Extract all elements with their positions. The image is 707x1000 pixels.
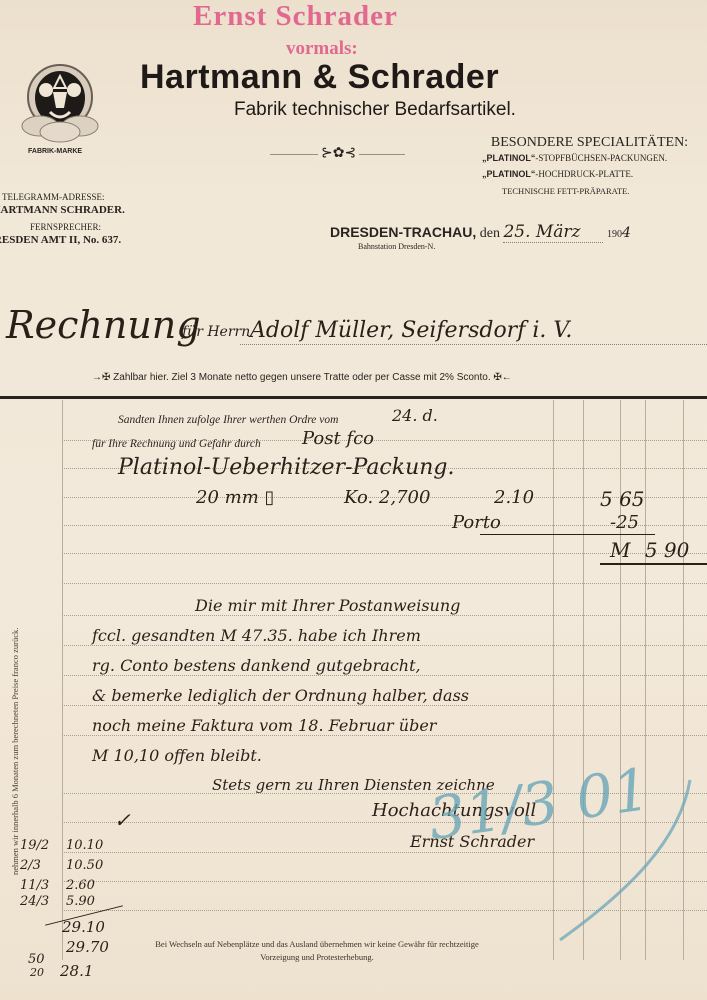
ruled-line	[62, 583, 707, 584]
trademark-label: FABRIK-MARKE	[28, 148, 82, 155]
year-handwritten: 4	[622, 225, 631, 241]
ruled-line	[62, 645, 707, 646]
telegram-value: HARTMANN SCHRADER.	[0, 204, 125, 216]
margin-minus-2: 20	[30, 966, 44, 979]
margin-subtotal: 29.10	[62, 918, 105, 936]
side-print: nehmen wir innerhalb 6 Monaten zum berec…	[10, 555, 20, 875]
ruled-line	[62, 675, 707, 676]
payment-terms-text: Zahlbar hier. Ziel 3 Monate netto gegen …	[113, 372, 490, 383]
place: DRESDEN-TRACHAU,	[330, 224, 476, 240]
porto-amount: -25	[610, 512, 639, 533]
total-rule	[600, 563, 707, 565]
phone-label: FERNSPRECHER:	[30, 222, 101, 232]
recipient-handwritten: Adolf Müller, Seifersdorf i. V.	[250, 318, 572, 343]
ornament-flourish-icon: ⊱✿⊰	[318, 145, 359, 162]
total-amount: 5 90	[645, 538, 690, 562]
item-weight: Ko. 2,700	[344, 487, 430, 508]
shipping-line-label: für Ihre Rechnung und Gefahr durch	[92, 438, 261, 450]
date-handwritten: 25. März	[503, 222, 603, 243]
margin-amount-1: 10.10	[66, 838, 103, 853]
total: M 5 90	[610, 538, 689, 562]
letter-line-5: noch meine Faktura vom 18. Februar über	[92, 716, 436, 735]
invoice-document: Ernst Schrader vormals: Hartmann & Schra…	[0, 0, 707, 1000]
year-prefix: 190	[607, 229, 622, 240]
item-description: Platinol-Ueberhitzer-Packung.	[118, 455, 455, 480]
footer-line-1: Bei Wechseln auf Nebenplätze und das Aus…	[92, 938, 542, 951]
specialities-title: BESONDERE SPECIALITÄTEN:	[482, 135, 697, 151]
speciality-2: „PLATINOL“-HOCHDRUCK-PLATTE.	[482, 169, 633, 179]
letter-line-1: Die mir mit Ihrer Postanweisung	[195, 596, 460, 615]
letter-line-3: rg. Conto bestens dankend gutgebracht,	[92, 656, 421, 675]
phone-value: DRESDEN AMT II, No. 637.	[0, 234, 121, 246]
check-mark: ✓	[114, 808, 131, 832]
place-date-line: DRESDEN-TRACHAU, den 25. März 1904	[330, 222, 631, 243]
margin-date-1: 19/2	[20, 838, 49, 853]
margin-date-2: 2/3	[20, 858, 41, 873]
item-quantity: 20 mm ▯	[196, 487, 274, 508]
margin-column-line	[62, 400, 63, 960]
formerly-label: vormals:	[286, 38, 358, 60]
margin-date-3: 11/3	[20, 878, 49, 893]
table-top-rule	[0, 396, 707, 399]
item-price: 2.10	[494, 487, 534, 508]
letter-line-2: fccl. gesandten M 47.35. habe ich Ihrem	[92, 626, 421, 645]
trademark-emblem-icon	[20, 62, 100, 144]
margin-amount-3: 2.60	[66, 878, 95, 893]
company-tagline: Fabrik technischer Bedarfsartikel.	[234, 99, 516, 121]
speciality-1: „PLATINOL“-STOPFBÜCHSEN-PACKUNGEN.	[482, 153, 667, 163]
ruled-line	[62, 735, 707, 736]
station: Bahnstation Dresden-N.	[358, 242, 435, 251]
margin-result: 28.1	[60, 962, 93, 980]
invoice-title: Rechnung	[6, 303, 201, 347]
ruled-line	[62, 705, 707, 706]
order-line-label: Sandten Ihnen zufolge Ihrer werthen Ordr…	[118, 414, 338, 426]
recipient-rule	[240, 344, 707, 345]
speciality-1-brand: „PLATINOL“	[482, 153, 535, 163]
ruled-line	[62, 615, 707, 616]
footer-line-2: Vorzeigung und Protesterhebung.	[92, 951, 542, 964]
order-date: 24. d.	[392, 406, 438, 425]
speciality-3: TECHNISCHE FETT-PRÄPARATE.	[502, 186, 629, 196]
margin-amount-2: 10.50	[66, 858, 103, 873]
margin-amount-4: 5.90	[66, 894, 95, 909]
owner-name: Ernst Schrader	[193, 0, 398, 33]
speciality-1-item: -STOPFBÜCHSEN-PACKUNGEN.	[535, 153, 667, 163]
shipping-method: Post fco	[302, 428, 374, 449]
letter-line-4: & bemerke lediglich der Ordnung halber, …	[92, 686, 469, 705]
den-label: den	[480, 226, 500, 241]
ornament-right-icon: ✠←	[491, 372, 512, 383]
margin-date-4: 24/3	[20, 894, 49, 909]
for-label: für Herrn	[182, 324, 250, 340]
speciality-2-brand: „PLATINOL“	[482, 169, 535, 179]
ornament-left-icon: →✠	[92, 372, 113, 383]
total-currency: M	[610, 538, 630, 562]
subtotal-rule	[480, 534, 655, 535]
porto-label: Porto	[452, 512, 501, 533]
speciality-2-item: -HOCHDRUCK-PLATTE.	[535, 169, 633, 179]
blue-pencil-stroke-icon	[520, 770, 700, 950]
letter-line-6: M 10,10 offen bleibt.	[92, 746, 262, 765]
margin-minus-1: 50	[28, 952, 45, 967]
telegram-label: TELEGRAMM-ADRESSE:	[2, 192, 105, 202]
item-amount: 5 65	[600, 487, 645, 511]
payment-terms: →✠ Zahlbar hier. Ziel 3 Monate netto geg…	[92, 372, 512, 383]
footer-note: Bei Wechseln auf Nebenplätze und das Aus…	[92, 938, 542, 964]
company-name: Hartmann & Schrader	[140, 58, 499, 97]
trademark-logo	[20, 62, 100, 142]
